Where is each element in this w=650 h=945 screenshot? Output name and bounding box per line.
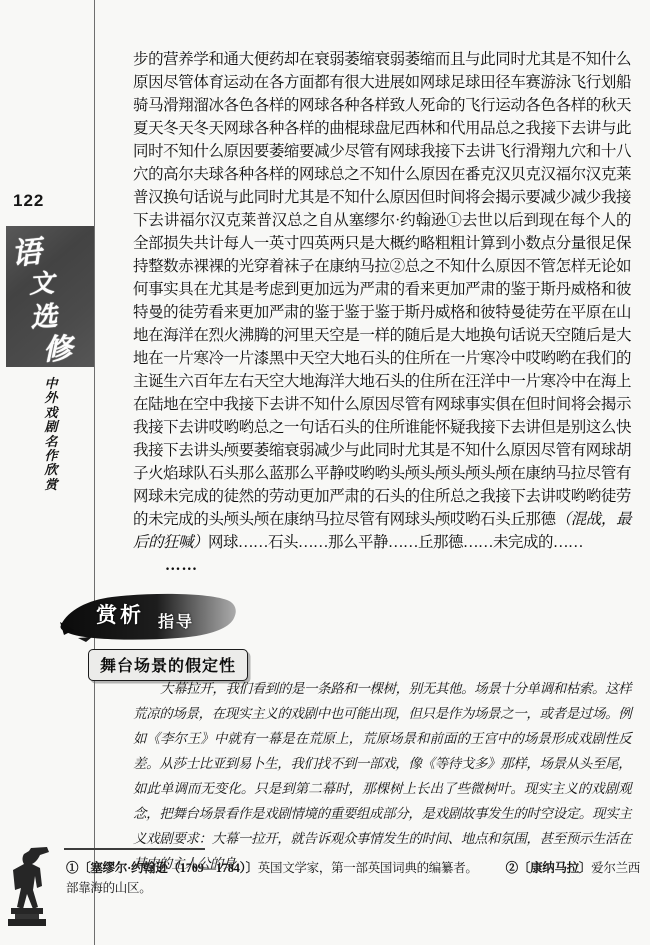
page-number: 122 — [13, 191, 83, 211]
footnote-divider — [64, 848, 205, 850]
analysis-paragraph: 大幕拉开，我们看到的是一条路和一棵树，别无其他。场景十分单调和枯索。这样荒凉的场… — [133, 676, 631, 876]
series-title-char: 欣 — [44, 463, 57, 477]
book-title-char: 修 — [42, 327, 72, 369]
trailing-ellipsis: …… — [165, 554, 198, 577]
series-title-char: 作 — [44, 449, 57, 463]
textbook-page: 122 语 文 选 修 中 外 戏 剧 名 作 欣 赏 步的营养学和通大便药却在… — [0, 0, 650, 945]
statue-icon — [2, 845, 56, 933]
footnote-1-text: 英国文学家，第一部英国词典的编纂者。 — [258, 861, 478, 875]
footnote-2-term: ②〔康纳马拉〕 — [506, 861, 592, 875]
series-title-char: 戏 — [44, 406, 57, 420]
sidebar-divider-line — [94, 0, 95, 945]
book-title-badge: 语 文 选 修 — [6, 226, 94, 367]
footnotes: ①〔塞缪尔·约翰逊（1709—1784）〕英国文学家，第一部英国词典的编纂者。②… — [66, 858, 640, 898]
series-title-char: 中 — [44, 377, 57, 391]
series-title-char: 剧 — [44, 420, 57, 434]
series-title-char: 外 — [44, 391, 57, 405]
statue-illustration — [2, 845, 56, 933]
footnote-1-term: ①〔塞缪尔·约翰逊（1709—1784）〕 — [66, 861, 258, 875]
banner-title-main: 赏析 — [96, 599, 144, 629]
banner-title-sub: 指导 — [158, 609, 194, 632]
brush-stroke-icon — [58, 592, 238, 644]
series-title-char: 名 — [44, 435, 57, 449]
appreciation-guide-banner: 赏析 指导 — [58, 592, 238, 644]
monologue-text: 步的营养学和通大便药却在衰弱萎缩衰弱萎缩而且与此同时尤其是不知什么原因尽管体育运… — [133, 51, 631, 528]
monologue-paragraph: 步的营养学和通大便药却在衰弱萎缩衰弱萎缩而且与此同时尤其是不知什么原因尽管体育运… — [133, 48, 631, 554]
series-title-vertical: 中 外 戏 剧 名 作 欣 赏 — [43, 377, 59, 492]
series-title-char: 赏 — [44, 478, 57, 492]
monologue-text-end: 网球……石头……那么平静……丘那德……未完成的…… — [208, 534, 583, 551]
